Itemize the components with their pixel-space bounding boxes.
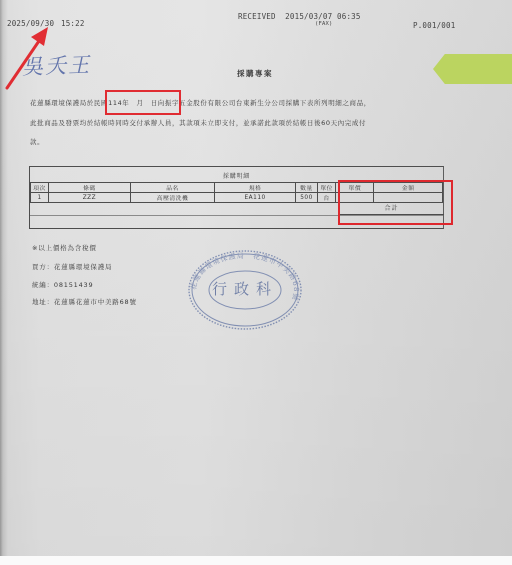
handwritten-signature: 吳夭王 — [21, 49, 91, 81]
sticky-note-tab — [433, 54, 512, 84]
official-seal-stamp: 花蓮縣環境保護局 花蓮市中美路68號 行政科 — [186, 248, 304, 333]
column-header: 品名 — [130, 183, 215, 193]
fax-page-number: P.001/001 — [413, 21, 455, 30]
column-header: 條碼 — [49, 183, 131, 193]
buyer-line: 買方：花蓮縣環境保護局 — [32, 262, 112, 271]
table-cell: 台 — [318, 193, 336, 203]
paragraph-line-1: 花蓮縣環境保護局於民國114年 月 日向振宇五金股份有限公司台東新生分公司採購下… — [30, 98, 371, 107]
fax-received-stamp: RECEIVED 2015/03/07 06:35 — [238, 12, 361, 21]
paragraph-line-2: 此批商品及發票均於結帳時同時交付承辦人員，其款項未立即支付，並承諾此款項於結帳日… — [30, 118, 366, 127]
seal-center-text: 行政科 — [186, 278, 304, 299]
highlight-box-date — [105, 90, 181, 115]
table-cell: 1 — [31, 193, 49, 203]
column-header: 單位 — [318, 183, 336, 193]
bottom-margin — [0, 556, 512, 565]
document-title: 採購專案 — [215, 68, 295, 79]
fax-left-date: 2025/09/30 — [7, 19, 54, 28]
column-header: 數量 — [295, 183, 317, 193]
tax-note: ※以上價格為含稅價 — [32, 243, 97, 252]
table-cell: 高壓清洗機 — [130, 193, 215, 203]
table-cell: EA110 — [215, 193, 296, 203]
document-photo: 2025/09/30 15:22 RECEIVED 2015/03/07 06:… — [0, 0, 512, 556]
table-cell: ZZZ — [49, 193, 131, 203]
fax-left-time: 15:22 — [61, 19, 85, 28]
highlight-box-price — [338, 180, 453, 225]
column-header: 項次 — [31, 183, 49, 193]
fax-received-label: RECEIVED — [238, 12, 276, 21]
paragraph-line-3: 款。 — [30, 137, 44, 146]
fax-label: (FAX) — [315, 21, 333, 27]
column-header: 規格 — [215, 183, 296, 193]
address-line: 地址：花蓮縣花蓮市中美路68號 — [32, 297, 137, 306]
tax-id-line: 統編：08151439 — [32, 280, 93, 289]
fax-received-datetime: 2015/03/07 06:35 — [285, 12, 360, 21]
table-caption: 採購明細 — [30, 171, 443, 180]
table-cell: 500 — [295, 193, 317, 203]
